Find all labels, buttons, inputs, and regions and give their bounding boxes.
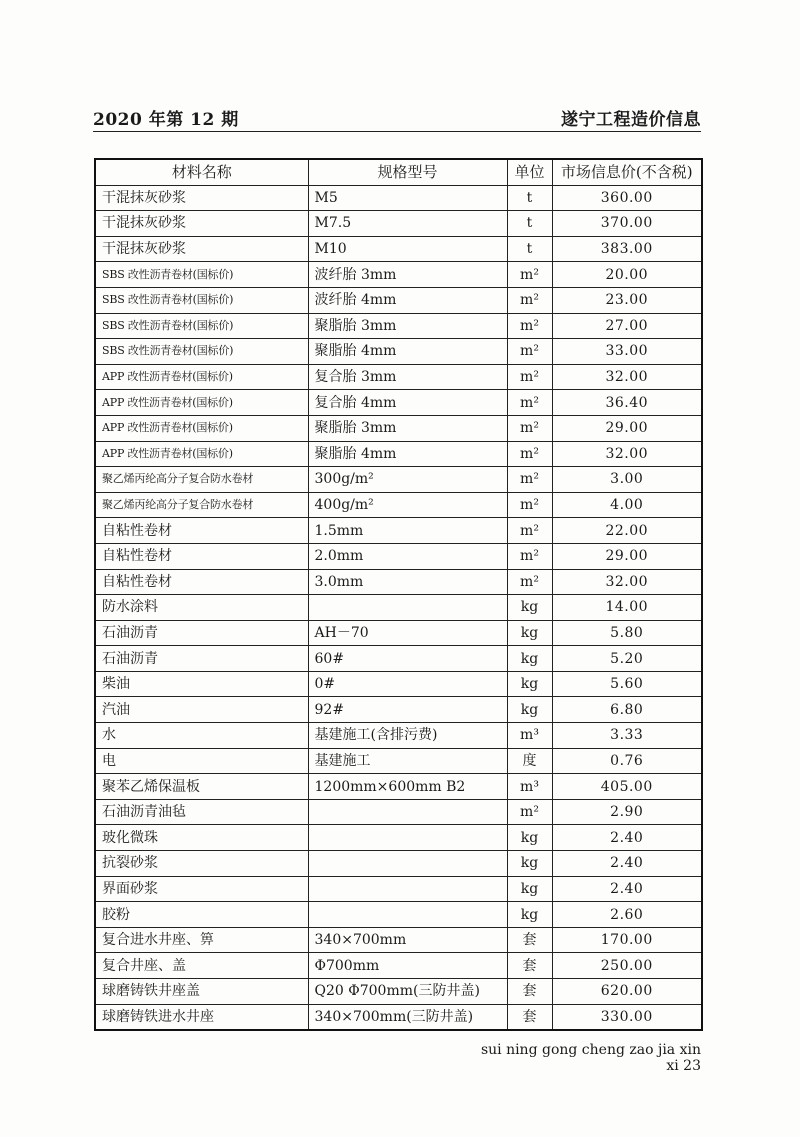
table-row: SBS 改性沥青卷材(国标价)波纤胎 4mmm²23.00 — [95, 287, 702, 313]
unit-cell: t — [507, 185, 552, 211]
material-name-cell: 石油沥青油毡 — [95, 799, 308, 825]
unit-cell: m² — [507, 441, 552, 467]
price-cell: 3.33 — [552, 723, 702, 749]
price-cell: 405.00 — [552, 774, 702, 800]
table-row: SBS 改性沥青卷材(国标价)波纤胎 3mmm²20.00 — [95, 262, 702, 288]
unit-cell: m² — [507, 313, 552, 339]
material-name-cell: 汽油 — [95, 697, 308, 723]
table-row: 自粘性卷材1.5mmm²22.00 — [95, 518, 702, 544]
table-row: APP 改性沥青卷材(国标价)聚脂胎 4mmm²32.00 — [95, 441, 702, 467]
price-cell: 32.00 — [552, 569, 702, 595]
table-row: 复合井座、盖Φ700mm套250.00 — [95, 953, 702, 979]
unit-cell: 套 — [507, 953, 552, 979]
spec-cell: 60# — [308, 646, 507, 672]
price-cell: 2.40 — [552, 825, 702, 851]
unit-cell: t — [507, 236, 552, 262]
table-row: 石油沥青油毡m²2.90 — [95, 799, 702, 825]
table-row: 抗裂砂浆kg2.40 — [95, 851, 702, 877]
issue-label: 2020 年第 12 期 — [93, 105, 239, 130]
material-name-cell: 玻化微珠 — [95, 825, 308, 851]
spec-cell: 340×700mm(三防井盖) — [308, 1004, 507, 1030]
unit-cell: kg — [507, 595, 552, 621]
material-name-cell: APP 改性沥青卷材(国标价) — [95, 390, 308, 416]
column-header-spec: 规格型号 — [308, 159, 507, 185]
spec-cell: M7.5 — [308, 211, 507, 237]
material-price-table: 材料名称 规格型号 单位 市场信息价(不含税) 干混抹灰砂浆M5t360.00干… — [94, 158, 703, 1031]
table-row: 聚乙烯丙纶高分子复合防水卷材300g/m²m²3.00 — [95, 467, 702, 493]
spec-cell: 2.0mm — [308, 543, 507, 569]
table-row: 干混抹灰砂浆M10t383.00 — [95, 236, 702, 262]
material-name-cell: 自粘性卷材 — [95, 569, 308, 595]
table-header-row: 材料名称 规格型号 单位 市场信息价(不含税) — [95, 159, 702, 185]
unit-cell: 套 — [507, 979, 552, 1005]
unit-cell: kg — [507, 671, 552, 697]
material-name-cell: 复合进水井座、箅 — [95, 927, 308, 953]
table-row: 石油沥青60#kg5.20 — [95, 646, 702, 672]
price-cell: 383.00 — [552, 236, 702, 262]
unit-cell: m² — [507, 364, 552, 390]
material-name-cell: 干混抹灰砂浆 — [95, 185, 308, 211]
table-row: 水基建施工(含排污费)m³3.33 — [95, 723, 702, 749]
unit-cell: m³ — [507, 723, 552, 749]
table-row: 复合进水井座、箅340×700mm套170.00 — [95, 927, 702, 953]
column-header-unit: 单位 — [507, 159, 552, 185]
unit-cell: 套 — [507, 1004, 552, 1030]
material-name-cell: 抗裂砂浆 — [95, 851, 308, 877]
spec-cell: 聚脂胎 4mm — [308, 441, 507, 467]
spec-cell: 400g/m² — [308, 492, 507, 518]
unit-cell: m² — [507, 339, 552, 365]
spec-cell: 300g/m² — [308, 467, 507, 493]
price-cell: 5.80 — [552, 620, 702, 646]
table-row: 玻化微珠kg2.40 — [95, 825, 702, 851]
price-cell: 5.60 — [552, 671, 702, 697]
spec-cell: 基建施工(含排污费) — [308, 723, 507, 749]
unit-cell: t — [507, 211, 552, 237]
table-body: 干混抹灰砂浆M5t360.00干混抹灰砂浆M7.5t370.00干混抹灰砂浆M1… — [95, 185, 702, 1030]
material-name-cell: 干混抹灰砂浆 — [95, 236, 308, 262]
price-cell: 360.00 — [552, 185, 702, 211]
material-name-cell: 胶粉 — [95, 902, 308, 928]
price-cell: 29.00 — [552, 543, 702, 569]
price-cell: 2.40 — [552, 876, 702, 902]
material-name-cell: APP 改性沥青卷材(国标价) — [95, 441, 308, 467]
spec-cell: Q20 Φ700mm(三防井盖) — [308, 979, 507, 1005]
price-cell: 0.76 — [552, 748, 702, 774]
material-name-cell: APP 改性沥青卷材(国标价) — [95, 364, 308, 390]
material-name-cell: 石油沥青 — [95, 620, 308, 646]
table-row: 防水涂料kg14.00 — [95, 595, 702, 621]
spec-cell: Φ700mm — [308, 953, 507, 979]
unit-cell: m² — [507, 287, 552, 313]
spec-cell: 340×700mm — [308, 927, 507, 953]
column-header-price: 市场信息价(不含税) — [552, 159, 702, 185]
unit-cell: 套 — [507, 927, 552, 953]
material-name-cell: SBS 改性沥青卷材(国标价) — [95, 339, 308, 365]
price-cell: 5.20 — [552, 646, 702, 672]
material-name-cell: 自粘性卷材 — [95, 518, 308, 544]
spec-cell: 复合胎 4mm — [308, 390, 507, 416]
material-name-cell: 聚苯乙烯保温板 — [95, 774, 308, 800]
price-cell: 3.00 — [552, 467, 702, 493]
table-row: 球磨铸铁进水井座340×700mm(三防井盖)套330.00 — [95, 1004, 702, 1030]
spec-cell: 3.0mm — [308, 569, 507, 595]
price-cell: 2.40 — [552, 851, 702, 877]
spec-cell: 基建施工 — [308, 748, 507, 774]
material-name-cell: 聚乙烯丙纶高分子复合防水卷材 — [95, 467, 308, 493]
unit-cell: m² — [507, 543, 552, 569]
table-row: 球磨铸铁井座盖Q20 Φ700mm(三防井盖)套620.00 — [95, 979, 702, 1005]
table-row: APP 改性沥青卷材(国标价)聚脂胎 3mmm²29.00 — [95, 415, 702, 441]
price-cell: 23.00 — [552, 287, 702, 313]
spec-cell: 波纤胎 3mm — [308, 262, 507, 288]
table-row: 汽油92#kg6.80 — [95, 697, 702, 723]
table-row: 干混抹灰砂浆M7.5t370.00 — [95, 211, 702, 237]
material-name-cell: 自粘性卷材 — [95, 543, 308, 569]
table-row: 干混抹灰砂浆M5t360.00 — [95, 185, 702, 211]
price-cell: 27.00 — [552, 313, 702, 339]
header-rule — [93, 131, 701, 132]
table-row: APP 改性沥青卷材(国标价)复合胎 3mmm²32.00 — [95, 364, 702, 390]
spec-cell: 聚脂胎 3mm — [308, 415, 507, 441]
spec-cell: AH－70 — [308, 620, 507, 646]
spec-cell — [308, 595, 507, 621]
price-cell: 2.60 — [552, 902, 702, 928]
table-row: 柴油0#kg5.60 — [95, 671, 702, 697]
material-name-cell: 球磨铸铁井座盖 — [95, 979, 308, 1005]
table-row: 石油沥青AH－70kg5.80 — [95, 620, 702, 646]
spec-cell: M10 — [308, 236, 507, 262]
price-cell: 22.00 — [552, 518, 702, 544]
table-row: 自粘性卷材3.0mmm²32.00 — [95, 569, 702, 595]
unit-cell: m² — [507, 467, 552, 493]
table-row: 胶粉kg2.60 — [95, 902, 702, 928]
material-name-cell: 聚乙烯丙纶高分子复合防水卷材 — [95, 492, 308, 518]
table-row: 自粘性卷材2.0mmm²29.00 — [95, 543, 702, 569]
material-name-cell: 柴油 — [95, 671, 308, 697]
price-cell: 36.40 — [552, 390, 702, 416]
unit-cell: kg — [507, 697, 552, 723]
material-name-cell: 复合井座、盖 — [95, 953, 308, 979]
spec-cell: 1200mm×600mm B2 — [308, 774, 507, 800]
price-cell: 14.00 — [552, 595, 702, 621]
unit-cell: m² — [507, 569, 552, 595]
table-row: SBS 改性沥青卷材(国标价)聚脂胎 4mmm²33.00 — [95, 339, 702, 365]
price-cell: 330.00 — [552, 1004, 702, 1030]
table-row: SBS 改性沥青卷材(国标价)聚脂胎 3mmm²27.00 — [95, 313, 702, 339]
column-header-name: 材料名称 — [95, 159, 308, 185]
table-row: 聚苯乙烯保温板1200mm×600mm B2m³405.00 — [95, 774, 702, 800]
unit-cell: m² — [507, 799, 552, 825]
unit-cell: kg — [507, 851, 552, 877]
unit-cell: 度 — [507, 748, 552, 774]
table-row: 电基建施工度0.76 — [95, 748, 702, 774]
spec-cell — [308, 799, 507, 825]
unit-cell: m² — [507, 415, 552, 441]
material-name-cell: SBS 改性沥青卷材(国标价) — [95, 262, 308, 288]
price-cell: 620.00 — [552, 979, 702, 1005]
price-cell: 20.00 — [552, 262, 702, 288]
unit-cell: m² — [507, 262, 552, 288]
unit-cell: m³ — [507, 774, 552, 800]
price-cell: 2.90 — [552, 799, 702, 825]
spec-cell: M5 — [308, 185, 507, 211]
price-cell: 33.00 — [552, 339, 702, 365]
material-name-cell: APP 改性沥青卷材(国标价) — [95, 415, 308, 441]
unit-cell: kg — [507, 646, 552, 672]
table-row: 聚乙烯丙纶高分子复合防水卷材400g/m²m²4.00 — [95, 492, 702, 518]
price-cell: 32.00 — [552, 441, 702, 467]
material-name-cell: 干混抹灰砂浆 — [95, 211, 308, 237]
table-row: 界面砂浆kg2.40 — [95, 876, 702, 902]
price-cell: 250.00 — [552, 953, 702, 979]
material-name-cell: 球磨铸铁进水井座 — [95, 1004, 308, 1030]
price-cell: 29.00 — [552, 415, 702, 441]
publication-title: 遂宁工程造价信息 — [561, 105, 701, 130]
material-name-cell: 防水涂料 — [95, 595, 308, 621]
price-cell: 4.00 — [552, 492, 702, 518]
spec-cell — [308, 851, 507, 877]
material-name-cell: 水 — [95, 723, 308, 749]
unit-cell: kg — [507, 876, 552, 902]
spec-cell: 复合胎 3mm — [308, 364, 507, 390]
unit-cell: kg — [507, 620, 552, 646]
material-name-cell: 界面砂浆 — [95, 876, 308, 902]
price-cell: 170.00 — [552, 927, 702, 953]
material-name-cell: 石油沥青 — [95, 646, 308, 672]
unit-cell: kg — [507, 825, 552, 851]
running-header: 2020 年第 12 期 遂宁工程造价信息 — [93, 104, 701, 130]
material-name-cell: SBS 改性沥青卷材(国标价) — [95, 313, 308, 339]
unit-cell: m² — [507, 492, 552, 518]
spec-cell: 1.5mm — [308, 518, 507, 544]
material-name-cell: SBS 改性沥青卷材(国标价) — [95, 287, 308, 313]
price-cell: 6.80 — [552, 697, 702, 723]
unit-cell: kg — [507, 902, 552, 928]
spec-cell: 波纤胎 4mm — [308, 287, 507, 313]
price-cell: 370.00 — [552, 211, 702, 237]
spec-cell — [308, 902, 507, 928]
spec-cell: 0# — [308, 671, 507, 697]
table-row: APP 改性沥青卷材(国标价)复合胎 4mmm²36.40 — [95, 390, 702, 416]
material-name-cell: 电 — [95, 748, 308, 774]
spec-cell — [308, 825, 507, 851]
spec-cell: 聚脂胎 4mm — [308, 339, 507, 365]
price-cell: 32.00 — [552, 364, 702, 390]
unit-cell: m² — [507, 390, 552, 416]
spec-cell — [308, 876, 507, 902]
unit-cell: m² — [507, 518, 552, 544]
spec-cell: 92# — [308, 697, 507, 723]
spec-cell: 聚脂胎 3mm — [308, 313, 507, 339]
page-footer: sui ning gong cheng zao jia xin xi 23 — [480, 1042, 701, 1074]
